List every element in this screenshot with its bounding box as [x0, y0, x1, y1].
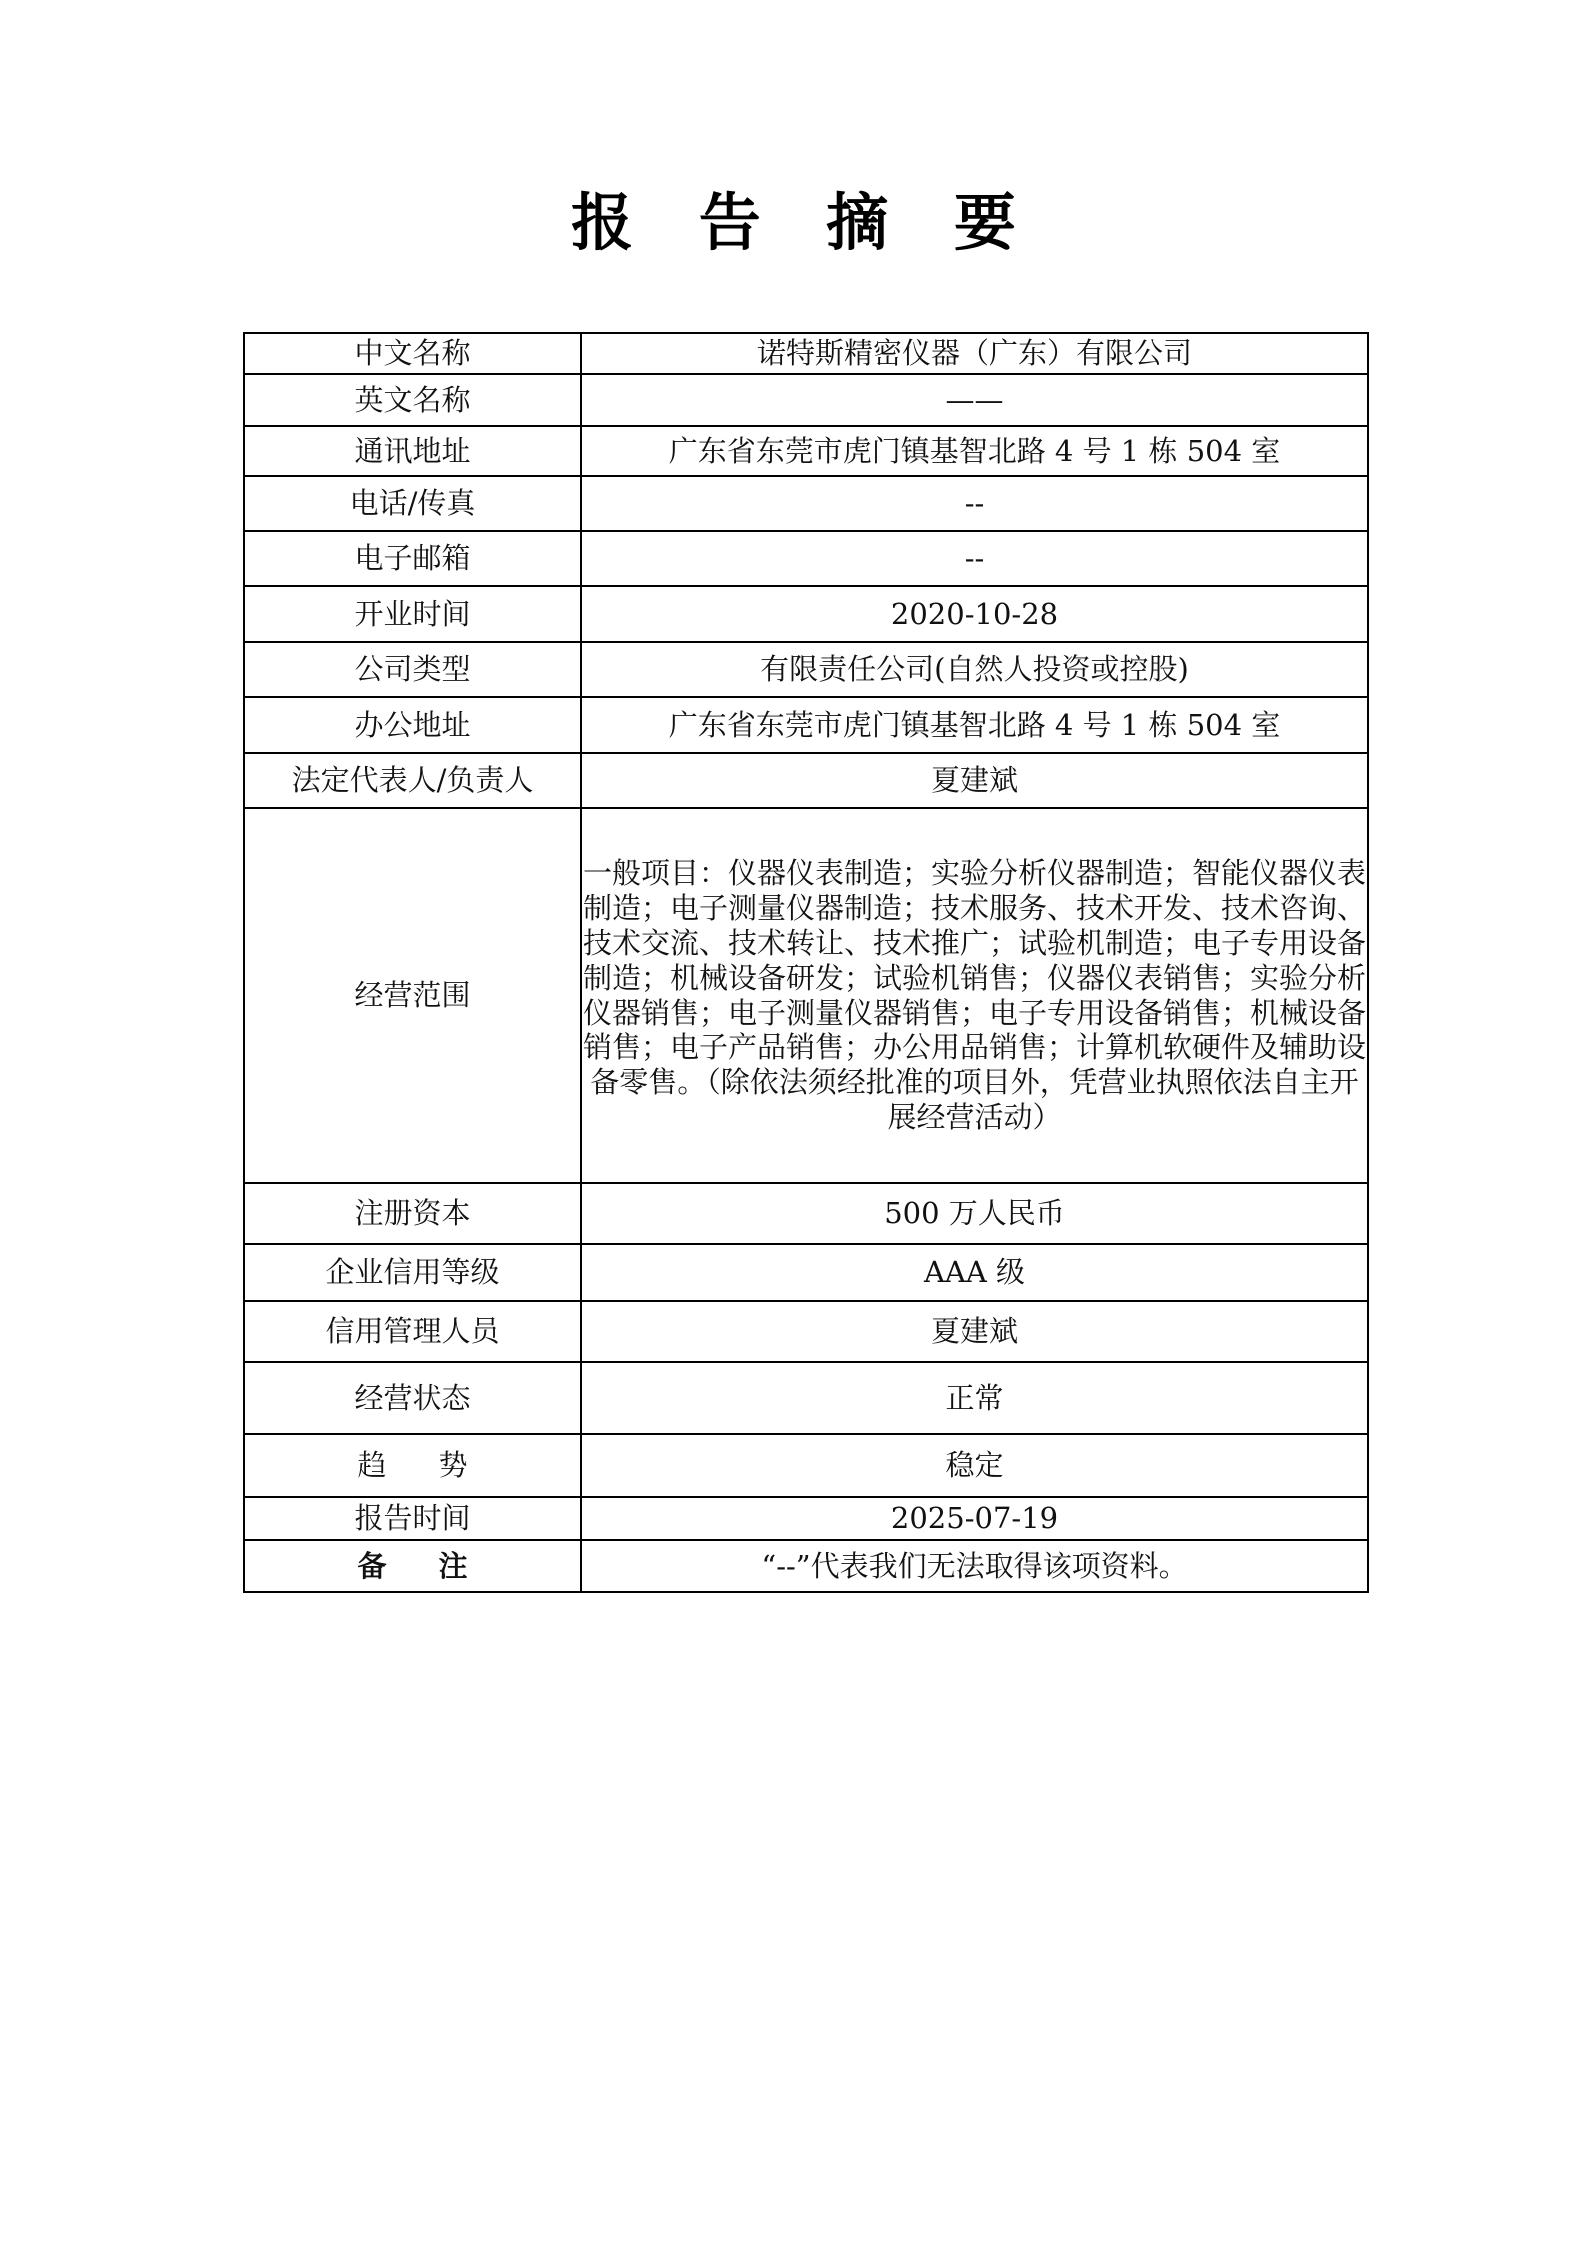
table-row-company-type: 公司类型 有限责任公司(自然人投资或控股) — [244, 642, 1368, 697]
table-row-chinese-name: 中文名称 诺特斯精密仪器（广东）有限公司 — [244, 333, 1368, 374]
row-value: 稳定 — [581, 1434, 1368, 1497]
table-row-business-scope: 经营范围 一般项目：仪器仪表制造；实验分析仪器制造；智能仪器仪表制造；电子测量仪… — [244, 808, 1368, 1183]
report-summary-table: 中文名称 诺特斯精密仪器（广东）有限公司 英文名称 —— 通讯地址 广东省东莞市… — [243, 332, 1369, 1593]
row-value: AAA 级 — [581, 1244, 1368, 1301]
row-label: 法定代表人/负责人 — [244, 753, 581, 808]
table-row-report-date: 报告时间 2025-07-19 — [244, 1497, 1368, 1540]
row-label: 英文名称 — [244, 374, 581, 426]
row-label: 信用管理人员 — [244, 1301, 581, 1362]
row-value: 广东省东莞市虎门镇基智北路 4 号 1 栋 504 室 — [581, 426, 1368, 476]
row-label: 经营状态 — [244, 1362, 581, 1434]
page-title: 报 告 摘 要 — [0, 178, 1587, 268]
table-row-office-address: 办公地址 广东省东莞市虎门镇基智北路 4 号 1 栋 504 室 — [244, 697, 1368, 753]
row-label: 报告时间 — [244, 1497, 581, 1540]
row-value: 夏建斌 — [581, 1301, 1368, 1362]
table-row-english-name: 英文名称 —— — [244, 374, 1368, 426]
table-row-phone-fax: 电话/传真 -- — [244, 476, 1368, 531]
row-label: 电话/传真 — [244, 476, 581, 531]
row-label: 中文名称 — [244, 333, 581, 374]
table-row-trend: 趋势 稳定 — [244, 1434, 1368, 1497]
table-row-email: 电子邮箱 -- — [244, 531, 1368, 586]
row-label: 趋势 — [244, 1434, 581, 1497]
row-label: 电子邮箱 — [244, 531, 581, 586]
table-row-mailing-address: 通讯地址 广东省东莞市虎门镇基智北路 4 号 1 栋 504 室 — [244, 426, 1368, 476]
row-value: “--”代表我们无法取得该项资料。 — [581, 1540, 1368, 1592]
table-row-credit-rating: 企业信用等级 AAA 级 — [244, 1244, 1368, 1301]
table-row-operating-status: 经营状态 正常 — [244, 1362, 1368, 1434]
row-value: 夏建斌 — [581, 753, 1368, 808]
row-label: 开业时间 — [244, 586, 581, 642]
row-label: 注册资本 — [244, 1183, 581, 1244]
row-label: 公司类型 — [244, 642, 581, 697]
row-label: 办公地址 — [244, 697, 581, 753]
row-value: 广东省东莞市虎门镇基智北路 4 号 1 栋 504 室 — [581, 697, 1368, 753]
table-row-opening-date: 开业时间 2020-10-28 — [244, 586, 1368, 642]
row-label-text: 备注 — [305, 1549, 519, 1583]
business-scope-text: 一般项目：仪器仪表制造；实验分析仪器制造；智能仪器仪表制造；电子测量仪器制造；技… — [581, 808, 1368, 1183]
row-value: 2020-10-28 — [581, 586, 1368, 642]
row-label: 备注 — [244, 1540, 581, 1592]
row-value: 500 万人民币 — [581, 1183, 1368, 1244]
row-label-text: 趋势 — [305, 1448, 519, 1482]
row-label: 企业信用等级 — [244, 1244, 581, 1301]
table-row-remarks: 备注 “--”代表我们无法取得该项资料。 — [244, 1540, 1368, 1592]
row-value: 正常 — [581, 1362, 1368, 1434]
table-row-credit-manager: 信用管理人员 夏建斌 — [244, 1301, 1368, 1362]
table-row-registered-capital: 注册资本 500 万人民币 — [244, 1183, 1368, 1244]
row-label: 通讯地址 — [244, 426, 581, 476]
row-value: 有限责任公司(自然人投资或控股) — [581, 642, 1368, 697]
row-value: -- — [581, 531, 1368, 586]
row-label: 经营范围 — [244, 808, 581, 1183]
row-value: 诺特斯精密仪器（广东）有限公司 — [581, 333, 1368, 374]
row-value: —— — [581, 374, 1368, 426]
row-value: -- — [581, 476, 1368, 531]
row-value: 2025-07-19 — [581, 1497, 1368, 1540]
table-row-legal-representative: 法定代表人/负责人 夏建斌 — [244, 753, 1368, 808]
